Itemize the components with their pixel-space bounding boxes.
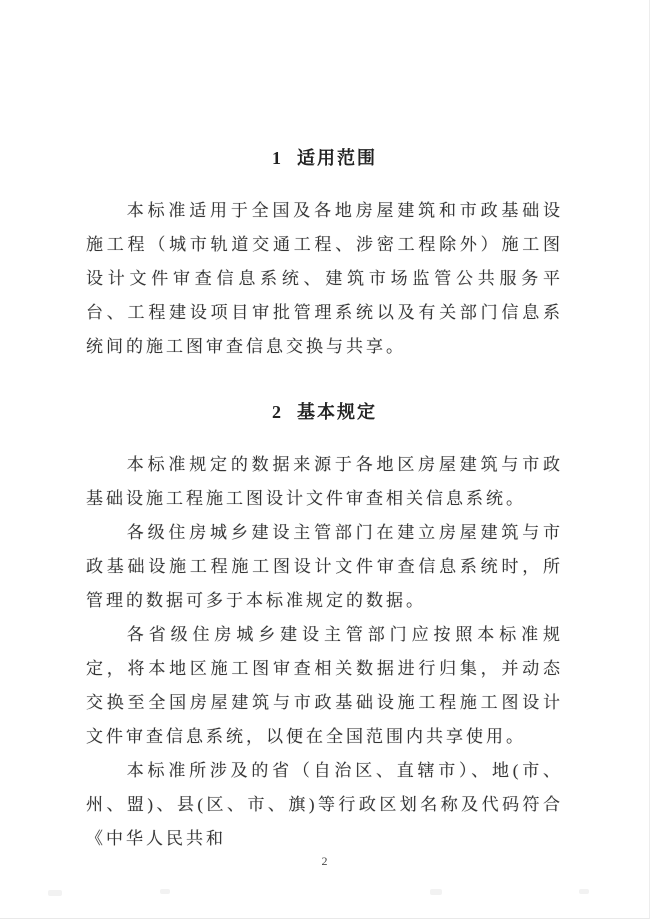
section-body: 本标准规定的数据来源于各地区房屋建筑与市政基础设施工程施工图设计文件审查相关信息… xyxy=(86,448,563,856)
page-footer: 2 xyxy=(0,852,649,870)
section-number: 2 xyxy=(272,402,281,422)
section-basic-rules: 2基本规定 本标准规定的数据来源于各地区房屋建筑与市政基础设施工程施工图设计文件… xyxy=(86,364,563,856)
text-block: 1适用范围 本标准适用于全国及各地房屋建筑和市政基础设施工程（城市轨道交通工程、… xyxy=(0,0,649,856)
paragraph: 本标准所涉及的省（自治区、直辖市）、地(市、州、盟)、县(区、市、旗)等行政区划… xyxy=(86,754,563,856)
scan-artifact xyxy=(48,890,62,896)
section-heading: 1适用范围 xyxy=(86,0,563,170)
scan-artifact xyxy=(579,889,589,894)
section-scope: 1适用范围 本标准适用于全国及各地房屋建筑和市政基础设施工程（城市轨道交通工程、… xyxy=(86,0,563,364)
paragraph: 本标准适用于全国及各地房屋建筑和市政基础设施工程（城市轨道交通工程、涉密工程除外… xyxy=(86,194,563,364)
section-number: 1 xyxy=(272,148,281,168)
document-page: 1适用范围 本标准适用于全国及各地房屋建筑和市政基础设施工程（城市轨道交通工程、… xyxy=(0,0,650,919)
section-title: 基本规定 xyxy=(297,402,377,422)
page-number: 2 xyxy=(322,854,328,868)
section-body: 本标准适用于全国及各地房屋建筑和市政基础设施工程（城市轨道交通工程、涉密工程除外… xyxy=(86,194,563,364)
paragraph: 本标准规定的数据来源于各地区房屋建筑与市政基础设施工程施工图设计文件审查相关信息… xyxy=(86,448,563,516)
paragraph: 各级住房城乡建设主管部门在建立房屋建筑与市政基础设施工程施工图设计文件审查信息系… xyxy=(86,516,563,618)
scan-artifact xyxy=(160,889,170,894)
section-heading: 2基本规定 xyxy=(86,364,563,424)
section-title: 适用范围 xyxy=(297,148,377,168)
paragraph: 各省级住房城乡建设主管部门应按照本标准规定，将本地区施工图审查相关数据进行归集，… xyxy=(86,618,563,754)
scan-artifact xyxy=(430,889,442,895)
